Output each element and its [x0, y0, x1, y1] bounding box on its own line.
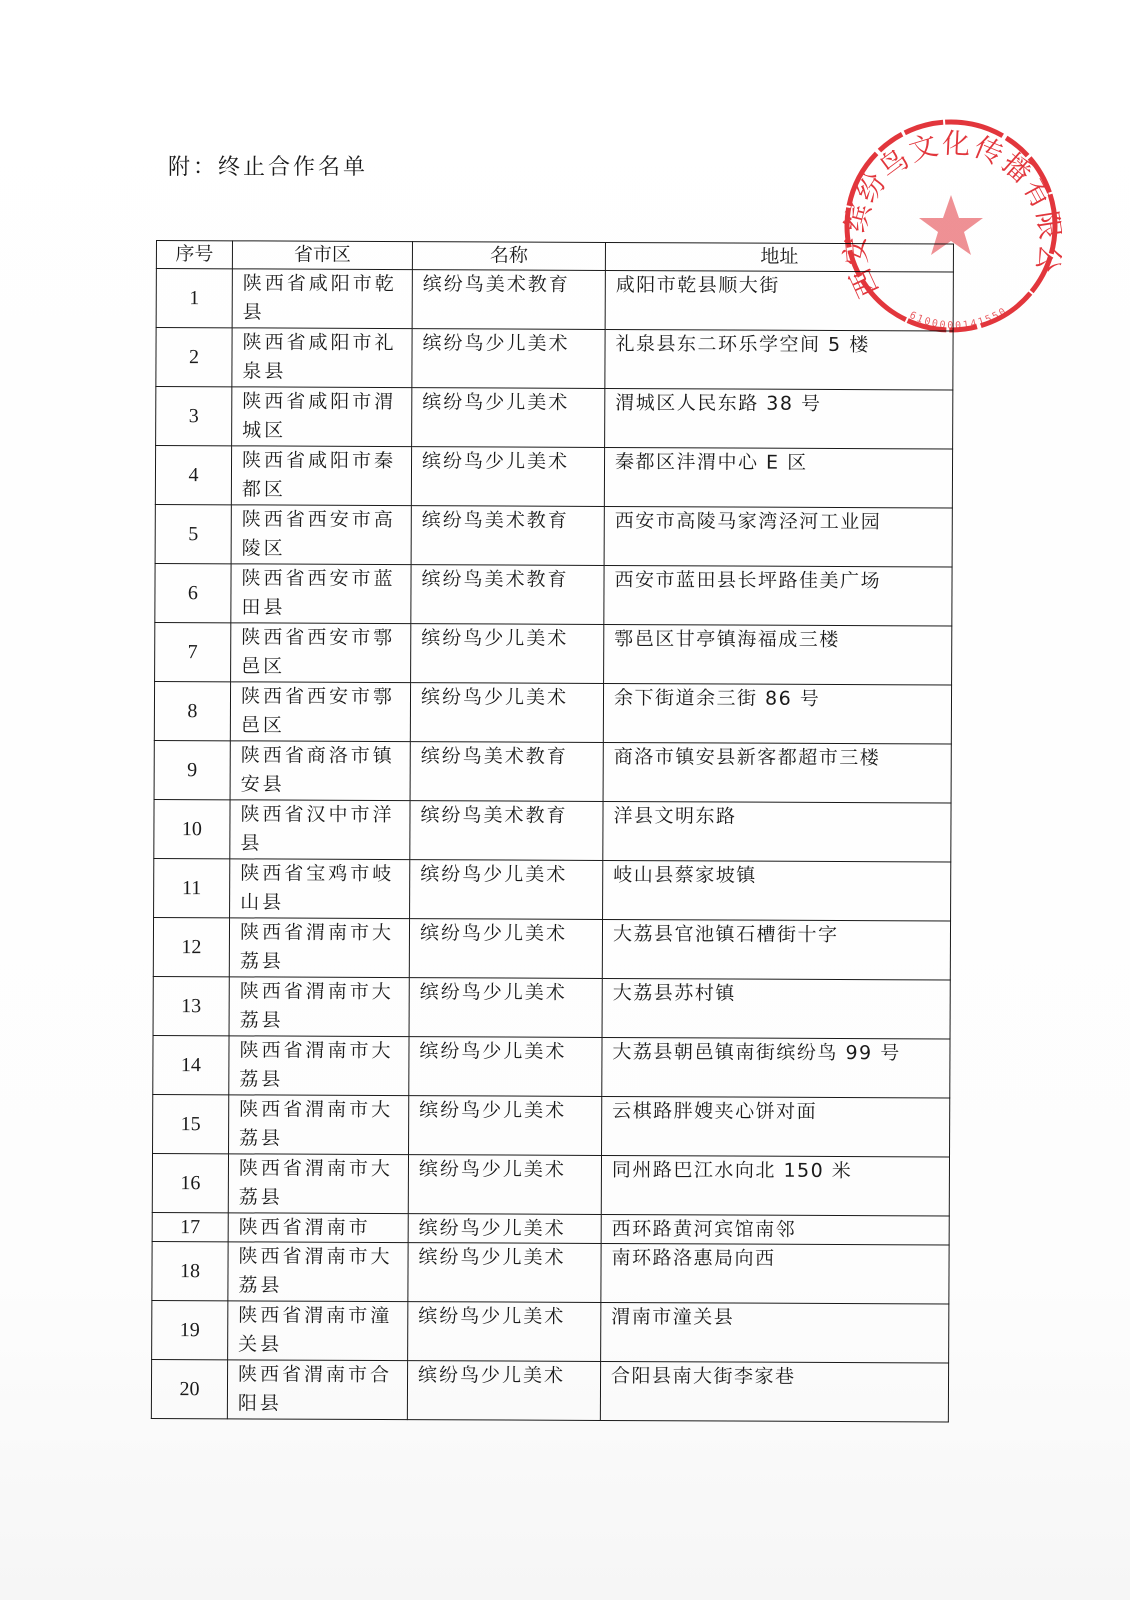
row-index: 9: [154, 740, 230, 799]
row-index: 3: [156, 387, 232, 446]
table-row: 2陕西省咸阳市礼泉县缤纷鸟少儿美术礼泉县东二环乐学空间 5 楼: [156, 328, 953, 390]
row-address: 渭城区人民东路 38 号: [605, 388, 953, 449]
row-region: 陕西省西安市鄠邑区: [231, 623, 411, 683]
table-body: 1陕西省咸阳市乾县缤纷鸟美术教育咸阳市乾县顺大街2陕西省咸阳市礼泉县缤纷鸟少儿美…: [151, 269, 953, 1422]
row-name: 缤纷鸟美术教育: [411, 506, 604, 566]
document-page: 附：终止合作名单 序号 省市区 名称 地址 1陕西省咸阳市乾县缤纷鸟美术教育咸阳…: [0, 0, 1130, 1600]
row-region: 陕西省渭南市大荔县: [228, 1242, 408, 1302]
row-region: 陕西省渭南市大荔县: [229, 1095, 409, 1155]
table-row: 18陕西省渭南市大荔县缤纷鸟少儿美术南环路洛惠局向西: [152, 1241, 949, 1303]
table-row: 1陕西省咸阳市乾县缤纷鸟美术教育咸阳市乾县顺大街: [156, 269, 953, 331]
row-region: 陕西省咸阳市秦都区: [231, 446, 411, 506]
termination-list-table: 序号 省市区 名称 地址 1陕西省咸阳市乾县缤纷鸟美术教育咸阳市乾县顺大街2陕西…: [151, 240, 954, 1422]
row-index: 12: [153, 917, 229, 976]
row-region: 陕西省渭南市大荔县: [228, 1154, 408, 1214]
table-row: 5陕西省西安市高陵区缤纷鸟美术教育西安市高陵马家湾泾河工业园: [155, 504, 952, 566]
row-address: 渭南市潼关县: [601, 1302, 949, 1363]
row-region: 陕西省西安市鄠邑区: [230, 682, 410, 742]
row-address: 大荔县朝邑镇南街缤纷鸟 99 号: [602, 1037, 950, 1098]
row-address: 西安市高陵马家湾泾河工业园: [604, 506, 952, 567]
table-row: 16陕西省渭南市大荔县缤纷鸟少儿美术同州路巴江水向北 150 米: [152, 1153, 949, 1215]
row-name: 缤纷鸟少儿美术: [407, 1361, 600, 1421]
row-region: 陕西省渭南市大荔县: [229, 1036, 409, 1096]
row-region: 陕西省咸阳市乾县: [232, 269, 412, 329]
row-index: 14: [153, 1035, 229, 1094]
row-index: 7: [155, 622, 231, 681]
row-address: 余下街道余三街 86 号: [603, 683, 951, 744]
table-row: 17陕西省渭南市缤纷鸟少儿美术西环路黄河宾馆南邻: [152, 1212, 949, 1244]
row-region: 陕西省咸阳市渭城区: [232, 387, 412, 447]
row-address: 大荔县苏村镇: [602, 978, 950, 1039]
row-index: 13: [153, 976, 229, 1035]
row-index: 11: [154, 858, 230, 917]
row-region: 陕西省渭南市大荔县: [229, 918, 409, 978]
row-region: 陕西省咸阳市礼泉县: [232, 328, 412, 388]
row-address: 西安市蓝田县长坪路佳美广场: [604, 565, 952, 626]
row-address: 云棋路胖嫂夹心饼对面: [602, 1096, 950, 1157]
table-row: 9陕西省商洛市镇安县缤纷鸟美术教育商洛市镇安县新客都超市三楼: [154, 740, 951, 802]
header-name: 名称: [412, 242, 605, 271]
row-name: 缤纷鸟美术教育: [411, 565, 604, 625]
table-row: 13陕西省渭南市大荔县缤纷鸟少儿美术大荔县苏村镇: [153, 976, 950, 1038]
row-address: 秦都区沣渭中心 E 区: [604, 447, 952, 508]
row-index: 2: [156, 328, 232, 387]
row-region: 陕西省渭南市潼关县: [228, 1301, 408, 1361]
row-address: 洋县文明东路: [603, 801, 951, 862]
row-name: 缤纷鸟少儿美术: [409, 1096, 602, 1156]
row-name: 缤纷鸟少儿美术: [408, 1214, 601, 1244]
row-region: 陕西省渭南市: [228, 1213, 408, 1243]
row-index: 1: [156, 269, 232, 328]
row-name: 缤纷鸟少儿美术: [410, 683, 603, 743]
row-index: 6: [155, 563, 231, 622]
header-region: 省市区: [232, 241, 412, 270]
row-name: 缤纷鸟少儿美术: [408, 1302, 601, 1362]
row-name: 缤纷鸟少儿美术: [412, 388, 605, 448]
row-region: 陕西省宝鸡市岐山县: [230, 859, 410, 919]
row-region: 陕西省渭南市合阳县: [227, 1360, 407, 1420]
table-row: 4陕西省咸阳市秦都区缤纷鸟少儿美术秦都区沣渭中心 E 区: [155, 446, 952, 508]
table-row: 10陕西省汉中市洋县缤纷鸟美术教育洋县文明东路: [154, 799, 951, 861]
table-row: 12陕西省渭南市大荔县缤纷鸟少儿美术大荔县官池镇石槽街十字: [153, 917, 950, 979]
table-row: 14陕西省渭南市大荔县缤纷鸟少儿美术大荔县朝邑镇南街缤纷鸟 99 号: [153, 1035, 950, 1097]
row-name: 缤纷鸟少儿美术: [408, 1155, 601, 1215]
row-name: 缤纷鸟少儿美术: [411, 447, 604, 507]
row-name: 缤纷鸟少儿美术: [410, 860, 603, 920]
table-row: 3陕西省咸阳市渭城区缤纷鸟少儿美术渭城区人民东路 38 号: [156, 387, 953, 449]
row-index: 10: [154, 799, 230, 858]
table-row: 15陕西省渭南市大荔县缤纷鸟少儿美术云棋路胖嫂夹心饼对面: [153, 1094, 950, 1156]
row-index: 5: [155, 504, 231, 563]
row-index: 19: [152, 1300, 228, 1359]
row-address: 南环路洛惠局向西: [601, 1243, 949, 1304]
table-row: 19陕西省渭南市潼关县缤纷鸟少儿美术渭南市潼关县: [152, 1300, 949, 1362]
row-address: 礼泉县东二环乐学空间 5 楼: [605, 329, 953, 390]
row-index: 17: [152, 1212, 228, 1241]
row-address: 同州路巴江水向北 150 米: [601, 1155, 949, 1216]
row-name: 缤纷鸟少儿美术: [408, 1243, 601, 1303]
row-name: 缤纷鸟美术教育: [410, 742, 603, 802]
row-name: 缤纷鸟美术教育: [410, 801, 603, 861]
row-region: 陕西省汉中市洋县: [230, 800, 410, 860]
header-address: 地址: [605, 242, 953, 272]
row-index: 4: [155, 446, 231, 505]
row-name: 缤纷鸟少儿美术: [409, 1037, 602, 1097]
row-index: 18: [152, 1241, 228, 1300]
row-name: 缤纷鸟少儿美术: [412, 329, 605, 389]
row-address: 大荔县官池镇石槽街十字: [602, 919, 950, 980]
table-row: 20陕西省渭南市合阳县缤纷鸟少儿美术合阳县南大街李家巷: [151, 1359, 948, 1421]
row-index: 20: [151, 1359, 227, 1418]
row-name: 缤纷鸟少儿美术: [409, 919, 602, 979]
row-name: 缤纷鸟少儿美术: [409, 978, 602, 1038]
table-row: 8陕西省西安市鄠邑区缤纷鸟少儿美术余下街道余三街 86 号: [154, 681, 951, 743]
row-index: 16: [152, 1153, 228, 1212]
row-region: 陕西省商洛市镇安县: [230, 741, 410, 801]
row-region: 陕西省西安市高陵区: [231, 505, 411, 565]
row-address: 商洛市镇安县新客都超市三楼: [603, 742, 951, 803]
row-address: 岐山县蔡家坡镇: [603, 860, 951, 921]
table-row: 7陕西省西安市鄠邑区缤纷鸟少儿美术鄠邑区甘亭镇海福成三楼: [155, 622, 952, 684]
row-region: 陕西省西安市蓝田县: [231, 564, 411, 624]
page-title: 附：终止合作名单: [168, 150, 368, 181]
row-address: 咸阳市乾县顺大街: [605, 270, 953, 331]
table-row: 6陕西省西安市蓝田县缤纷鸟美术教育西安市蓝田县长坪路佳美广场: [155, 563, 952, 625]
table-header-row: 序号 省市区 名称 地址: [156, 241, 953, 272]
table-row: 11陕西省宝鸡市岐山县缤纷鸟少儿美术岐山县蔡家坡镇: [154, 858, 951, 920]
row-name: 缤纷鸟少儿美术: [411, 624, 604, 684]
row-address: 合阳县南大街李家巷: [600, 1361, 948, 1422]
header-index: 序号: [156, 241, 232, 269]
row-index: 15: [153, 1094, 229, 1153]
row-address: 西环路黄河宾馆南邻: [601, 1214, 949, 1245]
row-index: 8: [154, 681, 230, 740]
row-region: 陕西省渭南市大荔县: [229, 977, 409, 1037]
row-name: 缤纷鸟美术教育: [412, 270, 605, 330]
row-address: 鄠邑区甘亭镇海福成三楼: [604, 624, 952, 685]
